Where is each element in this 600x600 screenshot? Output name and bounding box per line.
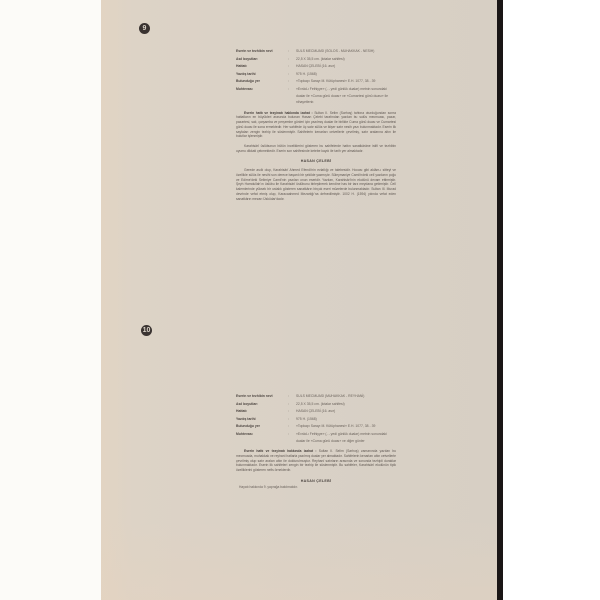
entry-10: Eserin ve tezhibin nevî:SULS MECMUASI (M…: [236, 393, 396, 489]
metadata-value: HASAN ÇELEBİ (16. asır): [296, 63, 396, 70]
metadata-label: Asıl boyutları: [236, 56, 288, 63]
metadata-separator: :: [288, 48, 296, 55]
metadata-label: Bulunduğu yer: [236, 78, 288, 85]
metadata-label: Asıl boyutları: [236, 401, 288, 408]
metadata-value: SULS MECMUASI (MUHAKKAK - REYHANİ): [296, 393, 396, 400]
metadata-separator: :: [288, 78, 296, 85]
metadata-value: 975 H. (1568): [296, 71, 396, 78]
description-paragraph: Eserin hattı ve tezyinatı hakkında izaha…: [236, 111, 396, 139]
metadata-label: Yazılış tarihi: [236, 416, 288, 423]
description-lead: Eserin hattı ve tezyinatı hakkında izaha…: [244, 111, 313, 115]
metadata-label: Eserin ve tezhibin nevî: [236, 48, 288, 55]
artist-heading: HASAN ÇELEBİ: [236, 479, 396, 483]
metadata-separator: :: [288, 401, 296, 408]
metadata-value: 22,5 X 35,5 cm. (kıtalar sahifesi): [296, 401, 396, 408]
metadata-label: Eserin ve tezhibin nevî: [236, 393, 288, 400]
metadata-label: Muhtevası: [236, 86, 288, 106]
metadata-value: 975 H. (1568): [296, 416, 396, 423]
metadata-separator: :: [288, 431, 296, 444]
metadata-table: Eserin ve tezhibin nevî:SULS MECMUASI (S…: [236, 48, 396, 106]
metadata-separator: :: [288, 423, 296, 430]
metadata-label: Yazılış tarihi: [236, 71, 288, 78]
metadata-separator: :: [288, 56, 296, 63]
metadata-table: Eserin ve tezhibin nevî:SULS MECMUASI (M…: [236, 393, 396, 444]
metadata-separator: :: [288, 86, 296, 106]
background-left: [0, 0, 100, 600]
metadata-separator: :: [288, 416, 296, 423]
description-text: Sultan II. Selim (Sarhoş) tahtına oturdu…: [236, 111, 396, 139]
background-right: [500, 0, 600, 600]
metadata-label: Hattatı: [236, 63, 288, 70]
metadata-label: Bulunduğu yer: [236, 423, 288, 430]
metadata-value: HASAN ÇELEBİ (16. asır): [296, 408, 396, 415]
metadata-value: «Topkapı Sarayı M. Kütüphanesi» E.H. 107…: [296, 423, 396, 430]
plate-number-10: 10: [141, 325, 152, 336]
metadata-label: Muhtevası: [236, 431, 288, 444]
metadata-value: «Evrâd-ı Fethiyye» (- - yedi günlük dual…: [296, 86, 396, 106]
description-lead: Eserin hattı ve tezyinatı hakkında izaha…: [244, 449, 316, 453]
metadata-separator: :: [288, 71, 296, 78]
entry-9: Eserin ve tezhibin nevî:SULS MECMUASI (S…: [236, 48, 396, 201]
metadata-value: «Evrâd-ı Fethiyye» (- - yedi günlük dual…: [296, 431, 396, 444]
artist-note: Hayatı hakkında 9. yaprağa bakılmalıdır.: [236, 485, 396, 490]
metadata-separator: :: [288, 393, 296, 400]
description-paragraph: Eserin hattı ve tezyinatı hakkında izaha…: [236, 449, 396, 473]
metadata-value: 22,5 X 35,5 cm. (kıtalar sahifesi): [296, 56, 396, 63]
book-edge: [497, 0, 503, 600]
page-shading: [101, 520, 497, 600]
artist-heading: HASAN ÇELEBİ: [236, 159, 396, 163]
metadata-value: «Topkapı Sarayı M. Kütüphanesi» E.H. 107…: [296, 78, 396, 85]
metadata-value: SULS MECMUASI (SOLOS - MUHAKKAK - NESIH): [296, 48, 396, 55]
metadata-separator: :: [288, 408, 296, 415]
metadata-label: Hattatı: [236, 408, 288, 415]
description-paragraph-2: Karahisârî üslûbunun bütün inceliklerini…: [236, 144, 396, 153]
artist-biography: Gerede asıllı olup, Karahisârî Ahmed Efe…: [236, 168, 396, 201]
metadata-separator: :: [288, 63, 296, 70]
plate-number-9: 9: [139, 23, 150, 34]
